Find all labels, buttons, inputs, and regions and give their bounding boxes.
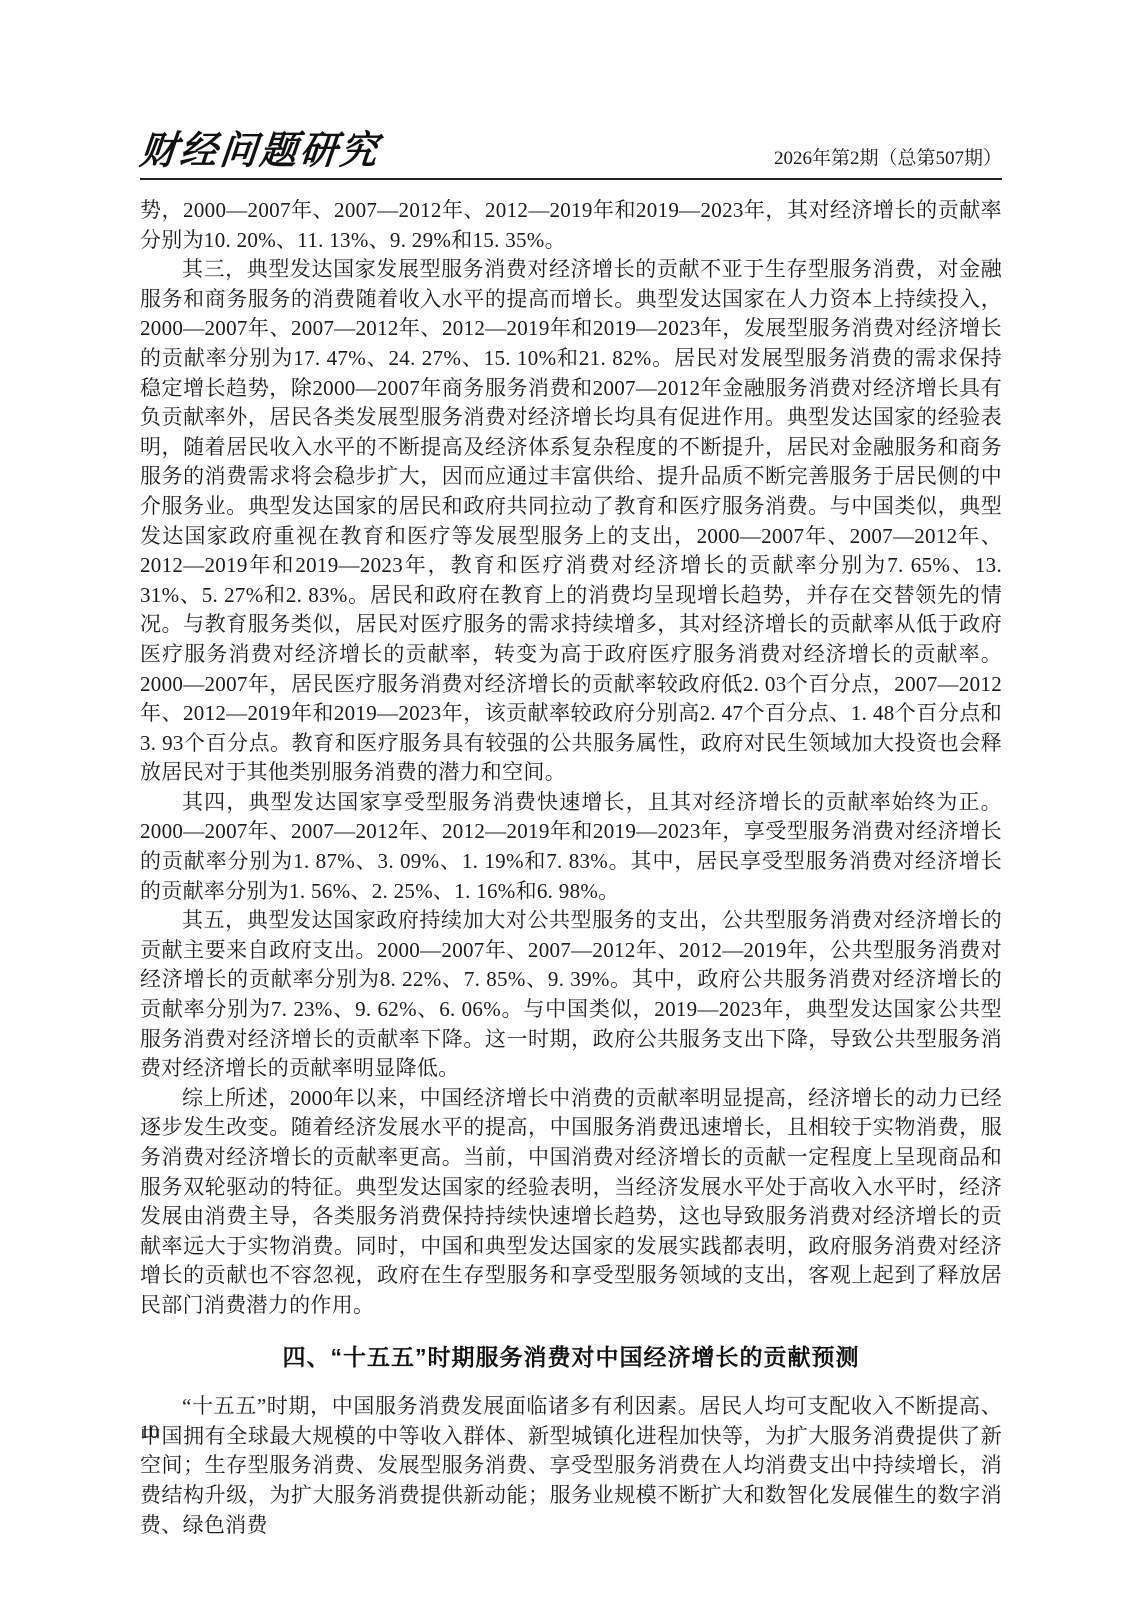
body-paragraph: 势，2000—2007年、2007—2012年、2012—2019年和2019—… — [140, 196, 1002, 255]
page-footer: 10 — [140, 1422, 159, 1444]
journal-page: 财经问题研究 2026年第2期（总第507期） 势，2000—2007年、200… — [0, 0, 1140, 1600]
journal-logo: 财经问题研究 — [138, 132, 382, 171]
body-paragraph: 其四，典型发达国家享受型服务消费快速增长，且其对经济增长的贡献率始终为正。200… — [140, 788, 1002, 906]
header-rule — [140, 178, 1002, 180]
body-paragraph: “十五五”时期，中国服务消费发展面临诸多有利因素。居民人均可支配收入不断提高、中… — [140, 1392, 1002, 1540]
body-paragraph: 综上所述，2000年以来，中国经济增长中消费的贡献率明显提高，经济增长的动力已经… — [140, 1084, 1002, 1321]
section-heading: 四、“十五五”时期服务消费对中国经济增长的贡献预测 — [140, 1343, 1002, 1373]
page-number: 10 — [140, 1422, 159, 1444]
body-paragraph: 其三，典型发达国家发展型服务消费对经济增长的贡献不亚于生存型服务消费，对金融服务… — [140, 255, 1002, 788]
issue-info: 2026年第2期（总第507期） — [774, 149, 1002, 170]
page-header: 财经问题研究 2026年第2期（总第507期） — [140, 122, 1002, 170]
article-body: 势，2000—2007年、2007—2012年、2012—2019年和2019—… — [140, 196, 1002, 1540]
body-paragraph: 其五，典型发达国家政府持续加大对公共型服务的支出，公共型服务消费对经济增长的贡献… — [140, 906, 1002, 1084]
